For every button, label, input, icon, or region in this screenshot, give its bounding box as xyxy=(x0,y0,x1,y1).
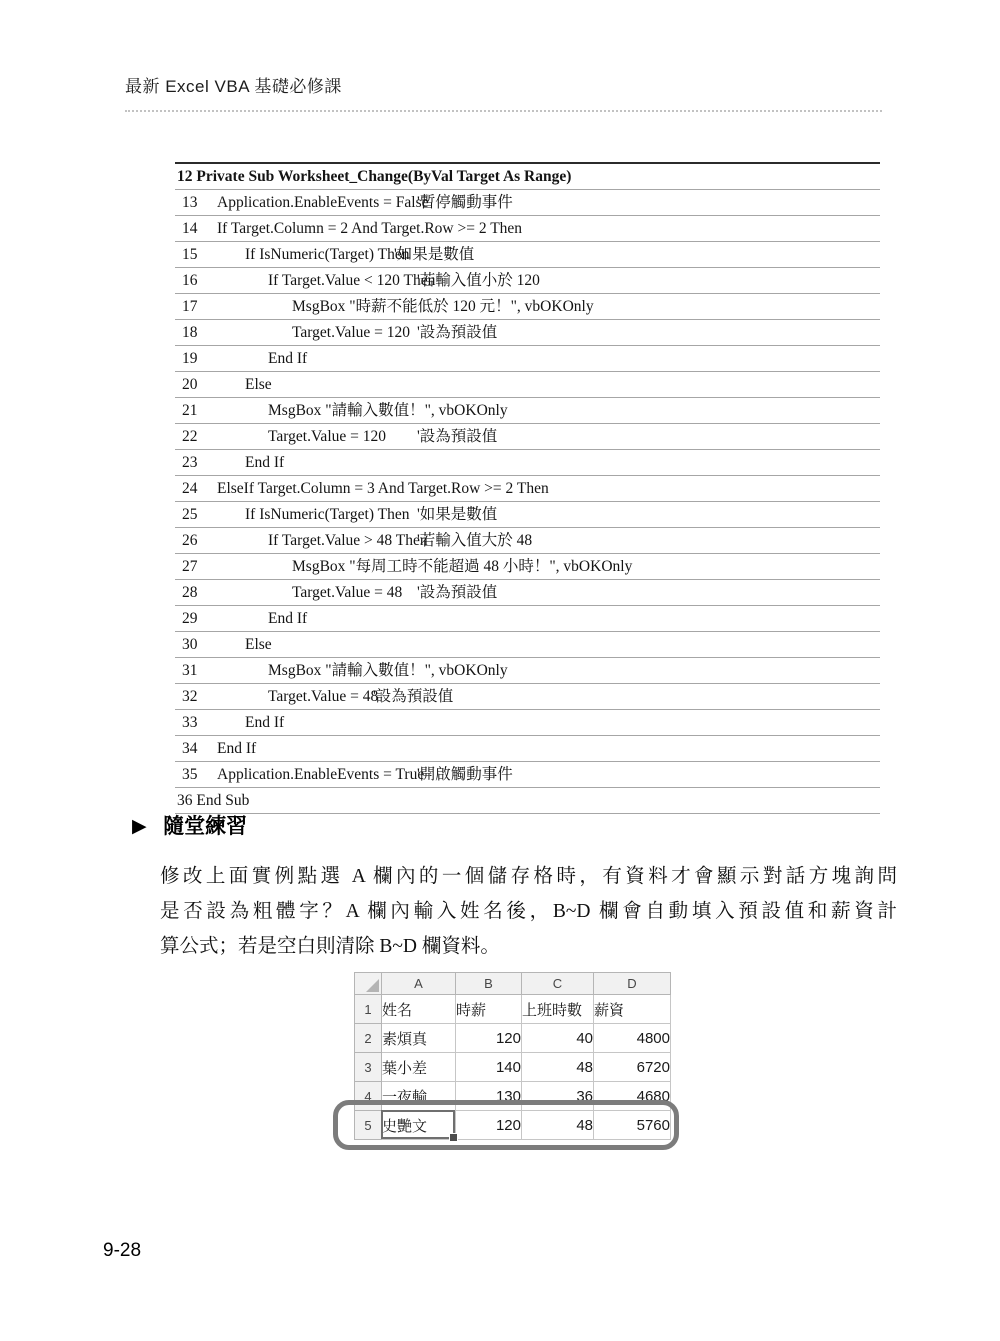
column-header-b: B xyxy=(456,973,522,995)
page-number: 9-28 xyxy=(103,1240,141,1262)
code-line-number: 13 xyxy=(175,190,217,215)
code-line-number: 25 xyxy=(175,502,217,527)
code-line-text: 36 End Sub xyxy=(175,788,249,813)
code-line-32: 32Target.Value = 48'設為預設值 xyxy=(175,684,880,710)
code-line-13: 13Application.EnableEvents = False'暫停觸動事… xyxy=(175,190,880,216)
code-line-text: Target.Value = 48 xyxy=(217,684,378,709)
triangle-bullet-icon: ▶ xyxy=(132,816,147,837)
code-line-comment: '設為預設值 xyxy=(417,320,497,345)
cell-B2: 120 xyxy=(456,1024,522,1053)
code-line-27: 27MsgBox "每周工時不能超過 48 小時！", vbOKOnly xyxy=(175,554,880,580)
cell-D3: 6720 xyxy=(594,1053,671,1082)
paragraph-line: 是否設為粗體字？A 欄內輸入姓名後，B~D 欄會自動填入預設值和薪資計 xyxy=(160,894,897,929)
cell-C2: 40 xyxy=(522,1024,594,1053)
cell-B3: 140 xyxy=(456,1053,522,1082)
code-line-number: 31 xyxy=(175,658,217,683)
code-line-number: 14 xyxy=(175,216,217,241)
code-line-number: 28 xyxy=(175,580,217,605)
code-line-number: 21 xyxy=(175,398,217,423)
cell-C3: 48 xyxy=(522,1053,594,1082)
code-line-comment: '若輸入值大於 48 xyxy=(417,528,532,553)
code-line-text: If Target.Value > 48 Then xyxy=(217,528,428,553)
vba-code-listing: 12 Private Sub Worksheet_Change(ByVal Ta… xyxy=(175,162,880,814)
select-all-corner xyxy=(355,973,382,995)
cell-D1: 薪資 xyxy=(594,995,671,1024)
code-line-text: If Target.Value < 120 Then xyxy=(217,268,435,293)
cell-A2: 素煩真 xyxy=(382,1024,456,1053)
code-line-text: MsgBox "請輸入數值！", vbOKOnly xyxy=(217,658,508,683)
code-line-text: End If xyxy=(217,346,307,371)
code-line-number: 35 xyxy=(175,762,217,787)
code-line-15: 15If IsNumeric(Target) Then'如果是數值 xyxy=(175,242,880,268)
code-line-number: 18 xyxy=(175,320,217,345)
code-line-number: 15 xyxy=(175,242,217,267)
code-line-25: 25If IsNumeric(Target) Then'如果是數值 xyxy=(175,502,880,528)
code-line-text: If Target.Column = 2 And Target.Row >= 2… xyxy=(217,216,522,241)
code-line-36: 36 End Sub xyxy=(175,788,880,814)
code-line-20: 20Else xyxy=(175,372,880,398)
exercise-paragraph: 修改上面實例點選 A 欄內的一個儲存格時，有資料才會顯示對話方塊詢問 是否設為粗… xyxy=(160,859,897,964)
page-header-title: 最新 Excel VBA 基礎必修課 xyxy=(125,72,342,97)
cell-A3: 葉小差 xyxy=(382,1053,456,1082)
code-line-number: 34 xyxy=(175,736,217,761)
code-line-23: 23End If xyxy=(175,450,880,476)
annotation-rounded-box xyxy=(333,1100,679,1150)
paragraph-line: 算公式；若是空白則清除 B~D 欄資料。 xyxy=(160,929,897,964)
code-line-text: End If xyxy=(217,710,284,735)
cell-B1: 時薪 xyxy=(456,995,522,1024)
row-header-1: 1 xyxy=(355,995,382,1024)
code-line-text: Application.EnableEvents = False xyxy=(217,190,428,215)
code-line-16: 16If Target.Value < 120 Then'若輸入值小於 120 xyxy=(175,268,880,294)
code-line-number: 27 xyxy=(175,554,217,579)
code-line-number: 16 xyxy=(175,268,217,293)
code-line-34: 34End If xyxy=(175,736,880,762)
code-line-number: 26 xyxy=(175,528,217,553)
code-line-comment: '設為預設值 xyxy=(373,684,453,709)
code-line-number: 29 xyxy=(175,606,217,631)
header-divider xyxy=(125,110,882,112)
code-line-number: 19 xyxy=(175,346,217,371)
code-line-comment: '開啟觸動事件 xyxy=(417,762,513,787)
code-line-text: MsgBox "請輸入數值！", vbOKOnly xyxy=(217,398,508,423)
code-line-text: Target.Value = 120 xyxy=(217,424,386,449)
code-line-text: MsgBox "每周工時不能超過 48 小時！", vbOKOnly xyxy=(217,554,632,579)
book-page: 最新 Excel VBA 基礎必修課 12 Private Sub Worksh… xyxy=(0,0,1000,1341)
code-line-number: 20 xyxy=(175,372,217,397)
code-line-33: 33End If xyxy=(175,710,880,736)
column-header-a: A xyxy=(382,973,456,995)
code-line-text: End If xyxy=(217,606,307,631)
code-line-24: 24ElseIf Target.Column = 3 And Target.Ro… xyxy=(175,476,880,502)
code-line-19: 19End If xyxy=(175,346,880,372)
column-header-d: D xyxy=(594,973,671,995)
code-line-text: ElseIf Target.Column = 3 And Target.Row … xyxy=(217,476,549,501)
code-line-text: If IsNumeric(Target) Then xyxy=(217,242,409,267)
code-line-26: 26If Target.Value > 48 Then'若輸入值大於 48 xyxy=(175,528,880,554)
code-line-comment: '設為預設值 xyxy=(417,580,497,605)
code-line-12: 12 Private Sub Worksheet_Change(ByVal Ta… xyxy=(175,164,880,190)
code-line-text: MsgBox "時薪不能低於 120 元！", vbOKOnly xyxy=(217,294,594,319)
code-line-35: 35Application.EnableEvents = True'開啟觸動事件 xyxy=(175,762,880,788)
code-line-29: 29End If xyxy=(175,606,880,632)
code-line-30: 30Else xyxy=(175,632,880,658)
code-line-22: 22Target.Value = 120'設為預設值 xyxy=(175,424,880,450)
sheet-row-3: 3葉小差140486720 xyxy=(355,1053,671,1082)
cell-A1: 姓名 xyxy=(382,995,456,1024)
code-line-comment: '暫停觸動事件 xyxy=(417,190,513,215)
code-line-number: 30 xyxy=(175,632,217,657)
code-line-comment: '如果是數值 xyxy=(394,242,474,267)
code-line-text: 12 Private Sub Worksheet_Change(ByVal Ta… xyxy=(175,164,571,189)
cell-D2: 4800 xyxy=(594,1024,671,1053)
code-line-text: Target.Value = 120 xyxy=(217,320,410,345)
code-line-text: Else xyxy=(217,632,272,657)
excel-screenshot: ABCD1姓名時薪上班時數薪資2素煩真1204048003葉小差14048672… xyxy=(354,972,684,1157)
code-line-comment: '若輸入值小於 120 xyxy=(417,268,540,293)
code-line-text: End If xyxy=(217,450,284,475)
code-line-text: Else xyxy=(217,372,272,397)
code-line-number: 24 xyxy=(175,476,217,501)
exercise-heading: ▶ 隨堂練習 xyxy=(132,812,247,842)
code-line-comment: '設為預設值 xyxy=(417,424,497,449)
code-line-28: 28Target.Value = 48'設為預設值 xyxy=(175,580,880,606)
sheet-row-2: 2素煩真120404800 xyxy=(355,1024,671,1053)
exercise-heading-label: 隨堂練習 xyxy=(163,815,247,838)
column-header-c: C xyxy=(522,973,594,995)
code-line-number: 23 xyxy=(175,450,217,475)
code-line-number: 17 xyxy=(175,294,217,319)
code-line-number: 22 xyxy=(175,424,217,449)
code-line-31: 31MsgBox "請輸入數值！", vbOKOnly xyxy=(175,658,880,684)
code-line-number: 32 xyxy=(175,684,217,709)
code-line-text: Target.Value = 48 xyxy=(217,580,402,605)
code-line-text: Application.EnableEvents = True xyxy=(217,762,424,787)
row-header-2: 2 xyxy=(355,1024,382,1053)
row-header-3: 3 xyxy=(355,1053,382,1082)
code-line-number: 33 xyxy=(175,710,217,735)
paragraph-line: 修改上面實例點選 A 欄內的一個儲存格時，有資料才會顯示對話方塊詢問 xyxy=(160,859,897,894)
code-line-text: End If xyxy=(217,736,256,761)
sheet-row-1: 1姓名時薪上班時數薪資 xyxy=(355,995,671,1024)
code-line-14: 14If Target.Column = 2 And Target.Row >=… xyxy=(175,216,880,242)
code-line-18: 18Target.Value = 120'設為預設值 xyxy=(175,320,880,346)
code-line-21: 21MsgBox "請輸入數值！", vbOKOnly xyxy=(175,398,880,424)
cell-C1: 上班時數 xyxy=(522,995,594,1024)
corner-triangle-icon xyxy=(366,979,379,992)
code-line-text: If IsNumeric(Target) Then xyxy=(217,502,409,527)
code-line-comment: '如果是數值 xyxy=(417,502,497,527)
code-line-17: 17MsgBox "時薪不能低於 120 元！", vbOKOnly xyxy=(175,294,880,320)
